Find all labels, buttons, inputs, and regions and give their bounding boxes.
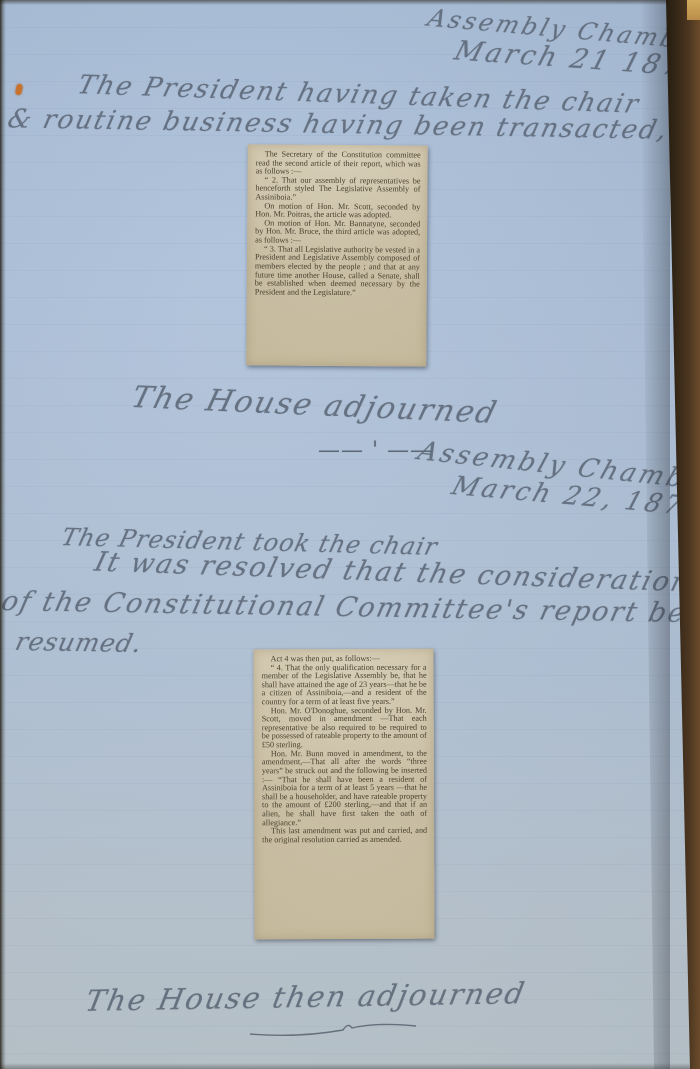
clipping-paragraph: “ 2. That our assembly of representative… bbox=[255, 176, 420, 203]
clipping-paragraph: Hon. Mr. Bunn moved in amendment, to the… bbox=[262, 749, 427, 827]
clipping-paragraph: “ 3. That all Legislative authority be v… bbox=[255, 245, 420, 298]
clipping-paragraph: On motion of Hon. Mr. Bannatyne, seconde… bbox=[255, 219, 420, 246]
clipping-paragraph: Hon. Mr. O'Donoghue, seconded by Hon. Mr… bbox=[262, 706, 427, 750]
page-top-edge bbox=[0, 0, 700, 5]
wax-speck bbox=[15, 83, 23, 95]
journal-page: Assembly Chamber March 21 1870 The Presi… bbox=[0, 0, 700, 1069]
page-left-edge bbox=[0, 0, 6, 1069]
page-edge-shadow bbox=[640, 0, 670, 1069]
page-bottom-edge bbox=[0, 1063, 700, 1069]
clipping-paragraph: The Secretary of the Constitution commit… bbox=[256, 150, 421, 177]
news-clipping-2: Act 4 was then put, as follows:— “ 4. Th… bbox=[253, 649, 434, 940]
handwritten-adjourned-2: The House then adjourned bbox=[83, 976, 529, 1018]
handwritten-adjourned-1: The House adjourned bbox=[128, 380, 502, 431]
flourish-underline bbox=[248, 1018, 418, 1044]
handwritten-session2-line-4: resumed. bbox=[13, 627, 146, 658]
binding-tab bbox=[687, 0, 700, 20]
news-clipping-1: The Secretary of the Constitution commit… bbox=[246, 144, 428, 366]
clipping-paragraph: “ 4. That the only qualification necessa… bbox=[262, 663, 427, 707]
clipping-paragraph: This last amendment was put and carried,… bbox=[262, 827, 427, 845]
